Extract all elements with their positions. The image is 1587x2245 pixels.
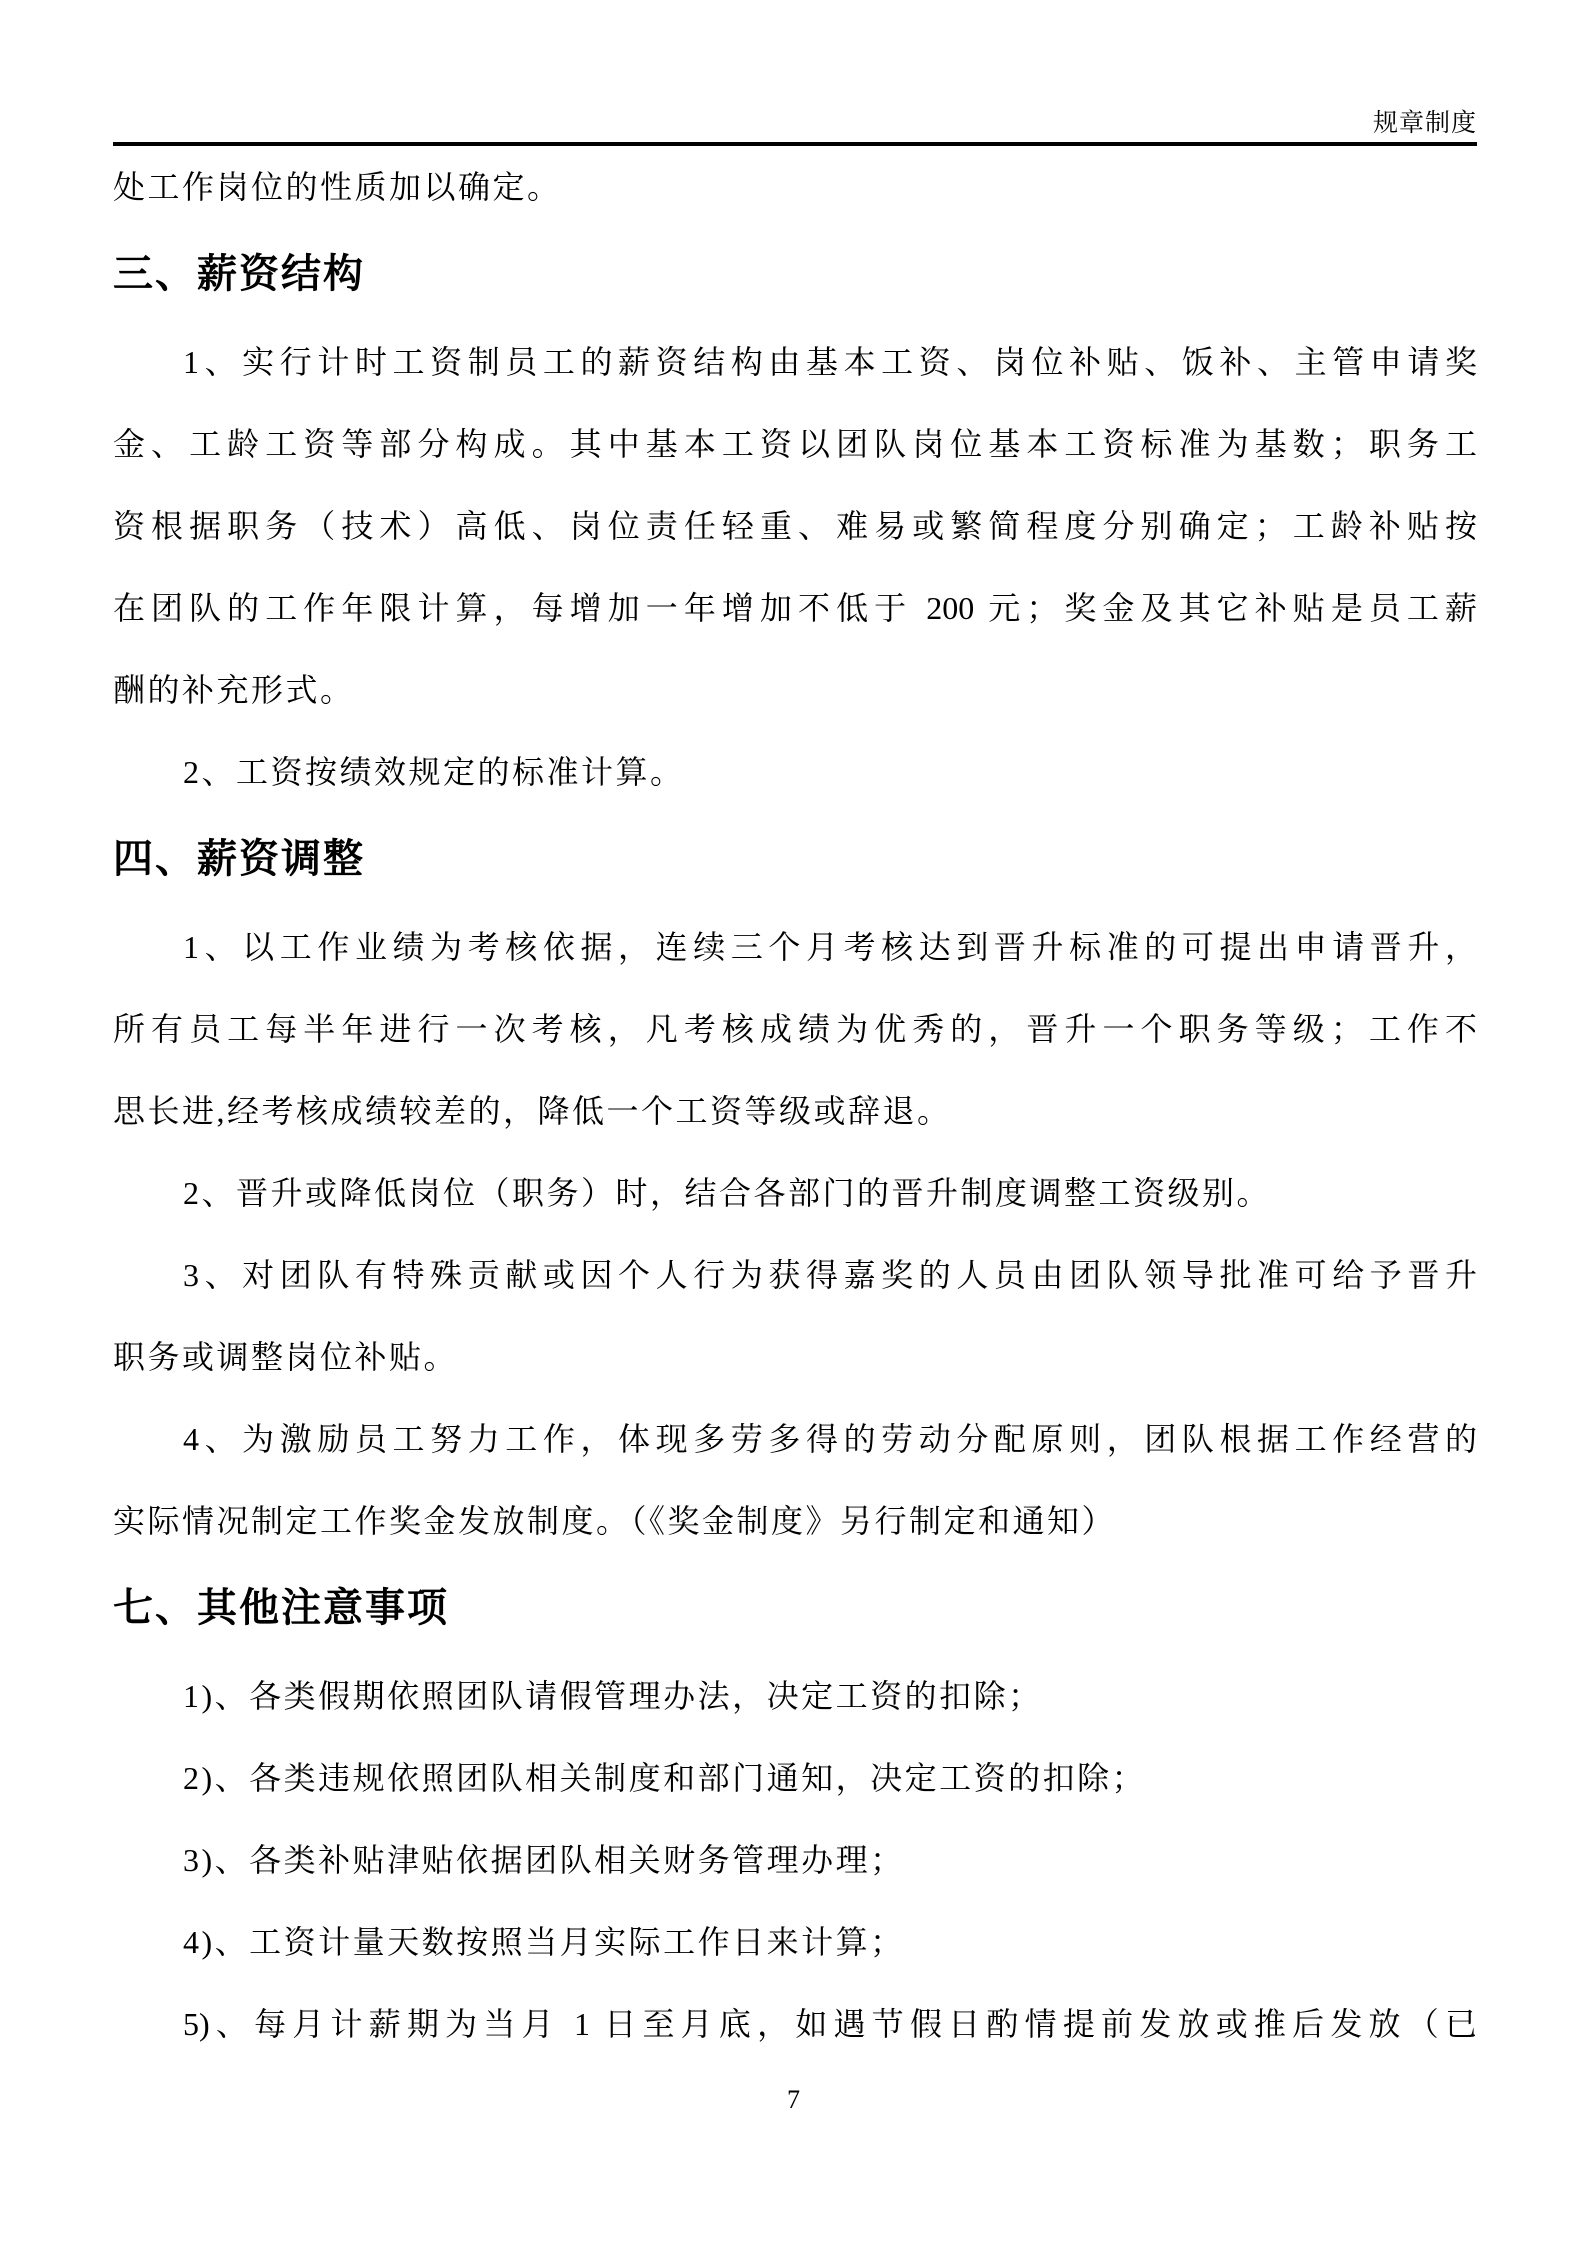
text-line: 酬的补充形式。 bbox=[113, 649, 1477, 731]
text-line: 2)、各类违规依照团队相关制度和部门通知，决定工资的扣除； bbox=[113, 1737, 1477, 1819]
text-line: 3、对团队有特殊贡献或因个人行为获得嘉奖的人员由团队领导批准可给予晋升 bbox=[113, 1234, 1477, 1316]
text-line: 1、以工作业绩为考核依据，连续三个月考核达到晋升标准的可提出申请晋升， bbox=[113, 906, 1477, 988]
page-number: 7 bbox=[787, 2087, 800, 2113]
text-line: 1)、各类假期依照团队请假管理办法，决定工资的扣除； bbox=[113, 1655, 1477, 1737]
text-line: 处工作岗位的性质加以确定。 bbox=[113, 146, 1477, 228]
section-heading: 七、其他注意事项 bbox=[113, 1562, 1477, 1655]
text-line: 4、为激励员工努力工作，体现多劳多得的劳动分配原则，团队根据工作经营的 bbox=[113, 1398, 1477, 1480]
text-line: 3)、各类补贴津贴依据团队相关财务管理办理； bbox=[113, 1819, 1477, 1901]
text-line: 金、工龄工资等部分构成。其中基本工资以团队岗位基本工资标准为基数；职务工 bbox=[113, 403, 1477, 485]
text-line: 所有员工每半年进行一次考核，凡考核成绩为优秀的，晋升一个职务等级；工作不 bbox=[113, 988, 1477, 1070]
text-line: 资根据职务（技术）高低、岗位责任轻重、难易或繁简程度分别确定；工龄补贴按 bbox=[113, 485, 1477, 567]
text-line: 4)、工资计量天数按照当月实际工作日来计算； bbox=[113, 1901, 1477, 1983]
text-line: 实际情况制定工作奖金发放制度。（《奖金制度》另行制定和通知） bbox=[113, 1480, 1477, 1562]
section-heading: 三、薪资结构 bbox=[113, 228, 1477, 321]
section-heading: 四、薪资调整 bbox=[113, 813, 1477, 906]
text-line: 5)、每月计薪期为当月 1 日至月底，如遇节假日酌情提前发放或推后发放（已 bbox=[113, 1983, 1477, 2065]
text-line: 2、工资按绩效规定的标准计算。 bbox=[113, 731, 1477, 813]
text-line: 1、实行计时工资制员工的薪资结构由基本工资、岗位补贴、饭补、主管申请奖 bbox=[113, 321, 1477, 403]
page-footer: 7 bbox=[0, 2065, 1587, 2135]
text-line: 在团队的工作年限计算，每增加一年增加不低于 200 元；奖金及其它补贴是员工薪 bbox=[113, 567, 1477, 649]
text-line: 思长进,经考核成绩较差的，降低一个工资等级或辞退。 bbox=[113, 1070, 1477, 1152]
page-header: 规章制度 bbox=[0, 0, 1587, 142]
document-lines: 处工作岗位的性质加以确定。三、薪资结构1、实行计时工资制员工的薪资结构由基本工资… bbox=[113, 146, 1477, 2065]
header-label: 规章制度 bbox=[1373, 111, 1477, 136]
text-line: 2、晋升或降低岗位（职务）时，结合各部门的晋升制度调整工资级别。 bbox=[113, 1152, 1477, 1234]
text-line: 职务或调整岗位补贴。 bbox=[113, 1316, 1477, 1398]
document-page: 规章制度 处工作岗位的性质加以确定。三、薪资结构1、实行计时工资制员工的薪资结构… bbox=[0, 0, 1587, 2245]
